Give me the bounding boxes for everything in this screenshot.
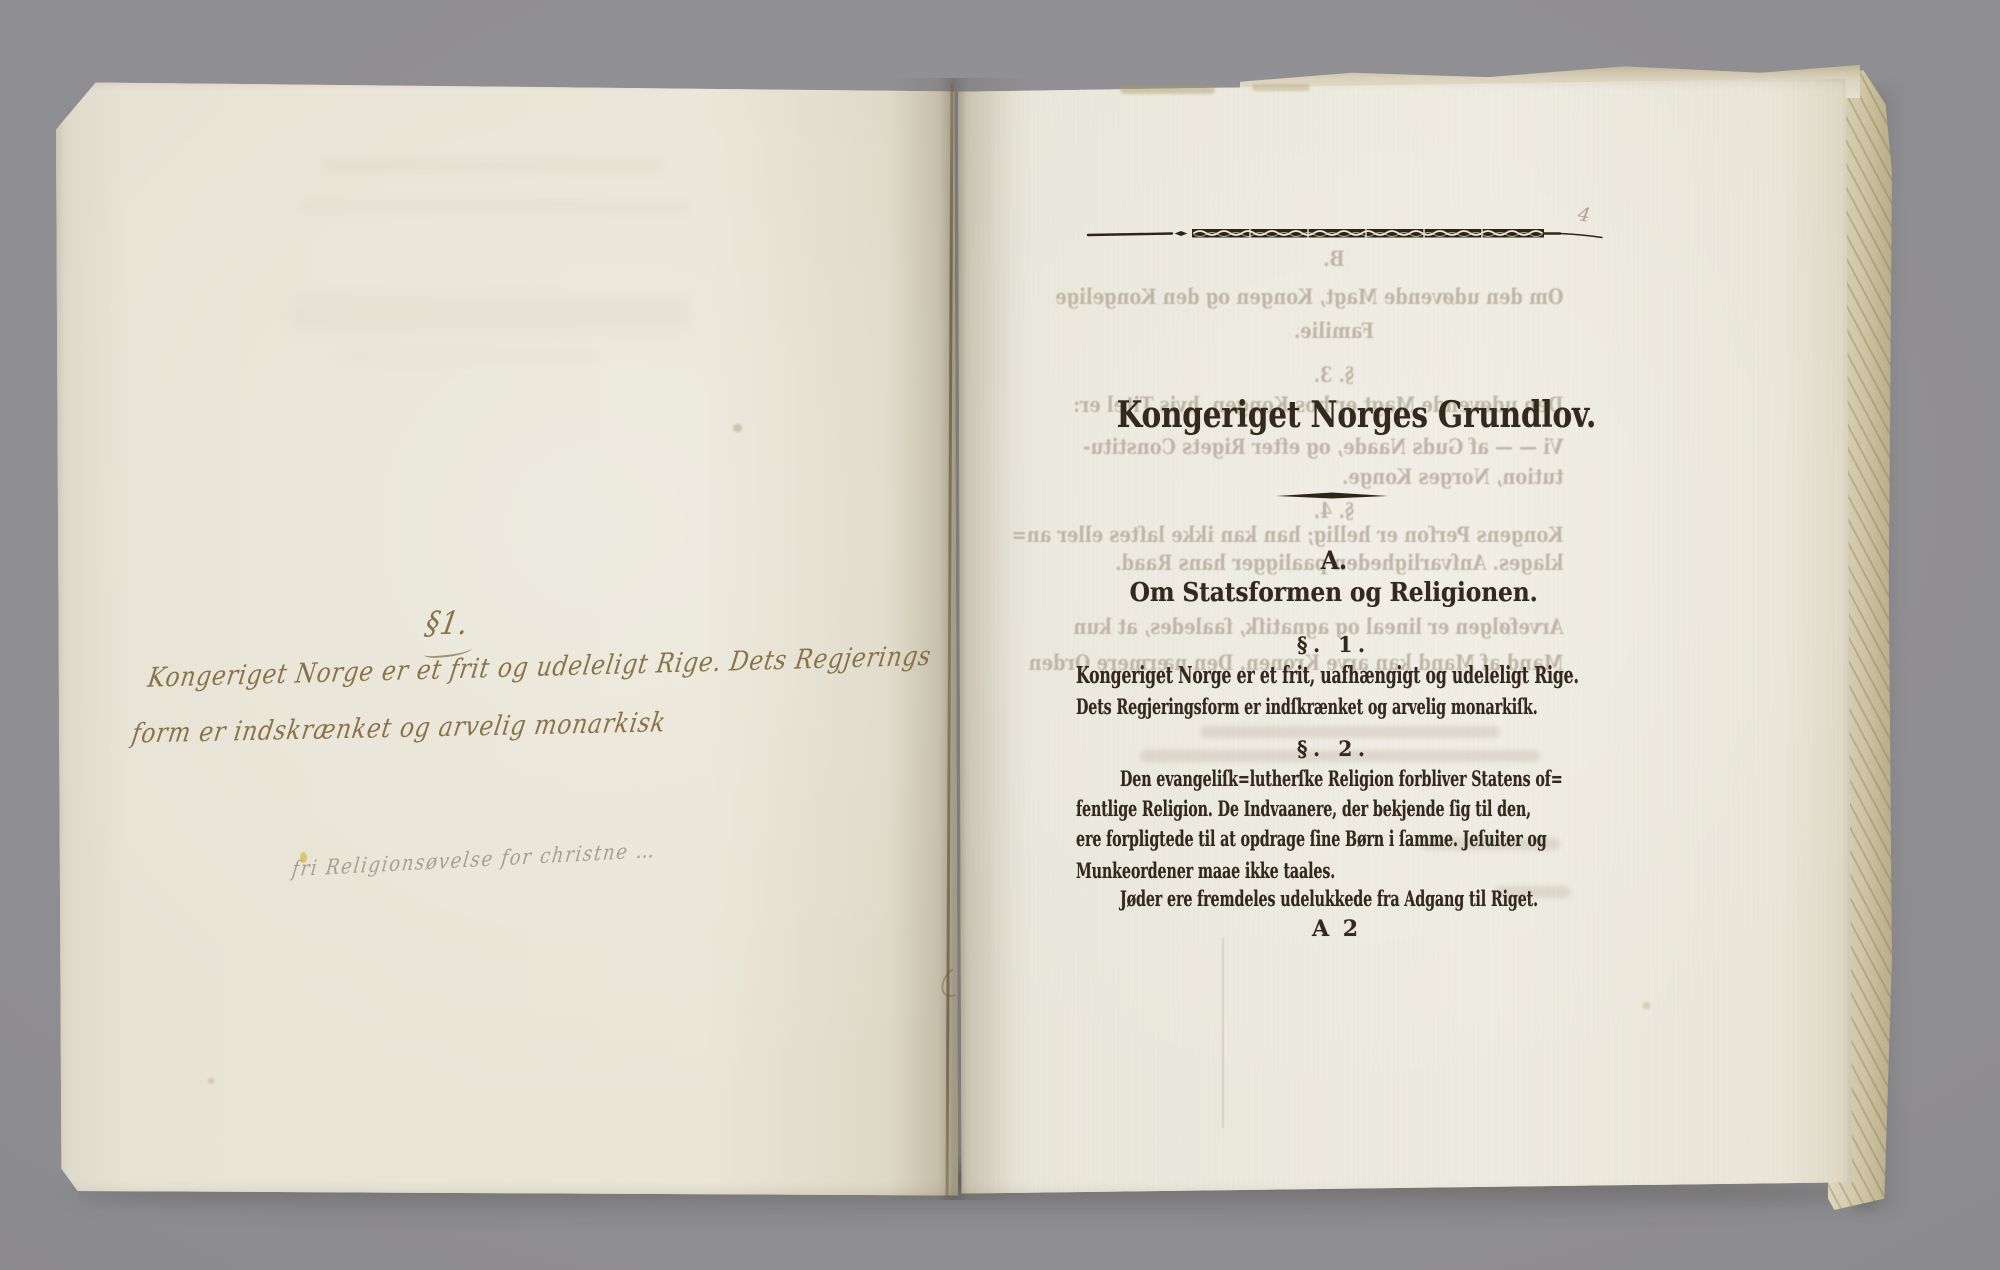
bleedthrough-line: B. bbox=[1105, 246, 1564, 271]
bleedthrough-line: §. 4. bbox=[1105, 498, 1564, 523]
section-divider-rule bbox=[1276, 484, 1388, 491]
page-title-text: Kongeriget Norges Grundlov. bbox=[1117, 394, 1597, 436]
manuscript-section-heading: §1. bbox=[426, 604, 476, 642]
section-letter: A. bbox=[1064, 546, 1604, 575]
photograph-of-open-book: §1. Kongeriget Norge er et frit og udele… bbox=[0, 0, 2000, 1270]
left-page-showthrough-streak bbox=[338, 350, 598, 362]
foxing-spot bbox=[733, 424, 742, 432]
bleedthrough-line: Kongens Perſon er hellig; han kan ikke l… bbox=[1105, 522, 1564, 547]
bleedthrough-line: Om den udøvende Magt, Kongen og den Kong… bbox=[1105, 284, 1564, 309]
paragraph-2-line: Jøder ere fremdeles udelukkede fra Adgan… bbox=[1076, 886, 1640, 911]
section-title: Om Statsformen og Religionen. bbox=[1064, 578, 1604, 608]
left-page-showthrough-streak bbox=[290, 296, 690, 332]
paragraph-2-line: ere forpligtede til at opdrage ſine Børn… bbox=[1076, 826, 1596, 851]
page-crease bbox=[1222, 938, 1224, 1128]
paragraph-1-heading: §. 1. bbox=[1064, 632, 1604, 657]
yellow-ink-fleck bbox=[300, 852, 307, 863]
paragraph-1-line: Kongeriget Norge er et frit, uafhængigt … bbox=[1076, 662, 1596, 689]
ornament-rule bbox=[1086, 226, 1604, 242]
paragraph-2-line: Den evangeliſk=lutherſke Religion forbli… bbox=[1076, 766, 1640, 791]
top-edge-stain bbox=[1252, 84, 1310, 91]
paragraph-1-line: Dets Regjeringsform er indſkrænket og ar… bbox=[1076, 694, 1596, 719]
foxing-spot bbox=[1643, 1002, 1650, 1009]
paragraph-2-line: fentlige Religion. De Indvaanere, der be… bbox=[1076, 796, 1596, 821]
signature-mark: A 2 bbox=[1312, 916, 1361, 942]
left-page-showthrough-streak bbox=[322, 158, 662, 173]
paragraph-2-line: Munkeordener maae ikke taales. bbox=[1076, 858, 1596, 883]
paragraph-2-heading: §. 2. bbox=[1064, 736, 1604, 761]
left-page-showthrough-streak bbox=[300, 200, 690, 213]
page-title: Kongeriget Norges Grundlov. bbox=[1064, 394, 1604, 436]
bleedthrough-line: §. 3. bbox=[1105, 362, 1564, 387]
manuscript-heading-text: §1. bbox=[423, 604, 472, 642]
bleedthrough-line: Familie. bbox=[1105, 318, 1564, 343]
top-edge-stain bbox=[1120, 86, 1215, 94]
left-page bbox=[56, 78, 958, 1200]
foxing-spot bbox=[208, 1078, 214, 1084]
bleedthrough-line: Vi — — af Guds Naade, og efter Rigets Co… bbox=[1105, 434, 1564, 459]
